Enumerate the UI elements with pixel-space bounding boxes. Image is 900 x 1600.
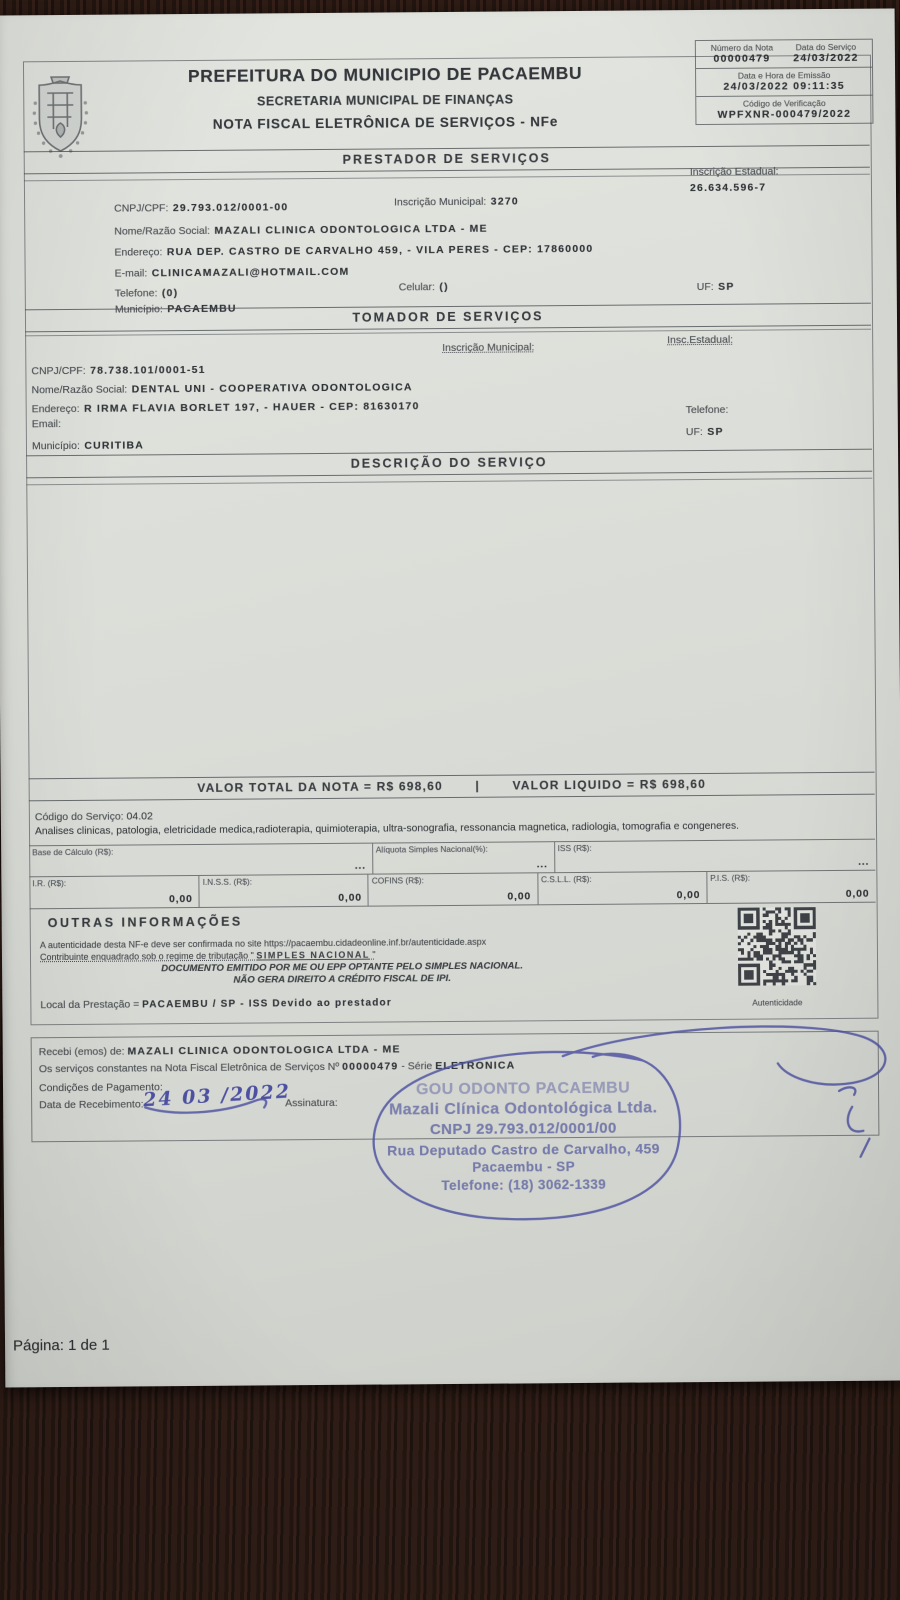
prestador-im-label: Inscrição Municipal: — [394, 196, 486, 209]
field-prestador-nome: Nome/Razão Social: MAZALI CLINICA ODONTO… — [114, 219, 488, 240]
info-row-numero-data: Número da Nota 00000479 Data do Serviço … — [696, 40, 872, 69]
photo-of-invoice: { "header": { "orgao": "PREFEITURA DO MU… — [0, 0, 900, 1600]
ir-value: 0,00 — [169, 893, 193, 905]
city-crest-logo — [31, 73, 90, 159]
cofins-value: 0,00 — [507, 890, 531, 902]
regime-destaque: SIMPLES NACIONAL — [256, 950, 370, 961]
prestador-uf-value: SP — [718, 281, 735, 293]
totais-separador: | — [475, 779, 480, 793]
verificacao-value: WPFXNR-000479/2022 — [700, 108, 868, 121]
prestador-cnpj-value: 29.793.012/0001-00 — [173, 201, 289, 214]
valor-total: VALOR TOTAL DA NOTA = R$ 698,60 — [197, 779, 443, 795]
csll-value: 0,00 — [677, 889, 701, 901]
aliquota-label: Alíquota Simples Nacional(%): — [376, 844, 488, 855]
prestador-endereco-value: RUA DEP. CASTRO DE CARVALHO 459, - VILA … — [167, 243, 594, 258]
invoice-content: PREFEITURA DO MUNICIPIO DE PACAEMBU SECR… — [0, 0, 900, 1600]
emissao-value: 24/03/2022 09:11:35 — [700, 80, 868, 93]
field-tomador-cnpj: CNPJ/CPF: 78.738.101/0001-51 — [31, 360, 205, 379]
cofins-label: COFINS (R$): — [372, 875, 424, 885]
info-numero: Número da Nota 00000479 — [700, 42, 784, 65]
prestador-celular-label: Celular: — [399, 281, 435, 293]
field-tomador-uf: UF: SP — [686, 422, 724, 440]
csll-label: C.S.L.L. (R$): — [541, 874, 592, 884]
tomador-endereco-value: R IRMA FLAVIA BORLET 197, - HAUER - CEP:… — [84, 400, 420, 415]
cell-cofins: COFINS (R$): 0,00 — [368, 873, 537, 905]
prestador-ie-label: Inscrição Estadual: — [690, 165, 779, 178]
page-title: PREFEITURA DO MUNICIPIO DE PACAEMBU — [105, 62, 665, 87]
field-prestador-uf: UF: SP — [697, 277, 735, 295]
page-number: Página: 1 de 1 — [13, 1337, 110, 1355]
prestador-email-label: E-mail: — [115, 267, 148, 279]
codigo-servico-value: 04.02 — [126, 810, 152, 822]
cell-csll: C.S.L.L. (R$): 0,00 — [537, 872, 706, 904]
field-prestador-insc-municipal: Inscrição Municipal: 3270 — [394, 191, 519, 210]
numero-nota-value: 00000479 — [700, 52, 784, 65]
prestador-nome-value: MAZALI CLINICA ODONTOLOGICA LTDA - ME — [214, 223, 487, 237]
tomador-municipio-label: Município: — [32, 440, 80, 452]
regime-prefixo: Contribuinte enquadrado sob o regime de … — [40, 951, 256, 963]
header-info-box: Número da Nota 00000479 Data do Serviço … — [695, 39, 874, 125]
tomador-nome-value: DENTAL UNI - COOPERATIVA ODONTOLOGICA — [132, 381, 413, 395]
prestador-uf-label: UF: — [697, 281, 714, 293]
qr-code — [738, 907, 817, 986]
tomador-email-label: Email: — [32, 418, 61, 430]
local-label: Local da Prestação = — [40, 998, 139, 1011]
field-tomador-municipio: Município: CURITIBA — [32, 435, 144, 454]
data-servico-label: Data do Serviço — [784, 42, 868, 53]
ir-label: I.R. (R$): — [32, 878, 66, 888]
tomador-municipio-value: CURITIBA — [84, 439, 144, 451]
prestador-telefone-value: (0) — [162, 287, 179, 299]
base-calculo-value: ... — [355, 860, 366, 872]
tomador-telefone-label: Telefone: — [686, 404, 729, 416]
local-value: PACAEMBU / SP - ISS Devido ao prestador — [142, 997, 392, 1010]
prestador-telefone-label: Telefone: — [115, 287, 158, 299]
field-tomador-endereco: Endereço: R IRMA FLAVIA BORLET 197, - HA… — [32, 396, 420, 417]
cell-base-calculo: Base de Cálculo (R$): ... — [29, 844, 372, 877]
tomador-endereco-label: Endereço: — [32, 403, 80, 415]
pen-scribble — [102, 1007, 894, 1243]
info-row-emissao: Data e Hora de Emissão 24/03/2022 09:11:… — [696, 68, 872, 97]
cell-inss: I.N.S.S. (R$): 0,00 — [199, 875, 368, 907]
base-calculo-label: Base de Cálculo (R$): — [32, 847, 113, 858]
prestador-endereco-label: Endereço: — [114, 246, 162, 258]
cell-pis: P.I.S. (R$): 0,00 — [706, 871, 875, 903]
pis-value: 0,00 — [846, 888, 870, 900]
field-prestador-celular: Celular: () — [399, 277, 449, 295]
pis-label: P.I.S. (R$): — [710, 873, 750, 883]
invoice-paper: PREFEITURA DO MUNICIPIO DE PACAEMBU SECR… — [0, 8, 900, 1387]
tomador-uf-value: SP — [707, 426, 724, 438]
field-tomador-nome: Nome/Razão Social: DENTAL UNI - COOPERAT… — [31, 377, 412, 398]
impostos-linha2: I.R. (R$): 0,00 I.N.S.S. (R$): 0,00 COFI… — [29, 871, 875, 910]
prestador-ie-value: 26.634.596-7 — [690, 182, 766, 195]
prestador-cnpj-label: CNPJ/CPF: — [114, 202, 168, 214]
info-data-servico: Data do Serviço 24/03/2022 — [784, 42, 868, 65]
valor-liquido: VALOR LIQUIDO = R$ 698,60 — [512, 777, 706, 793]
field-codigo-servico: Código do Serviço: 04.02 — [35, 810, 153, 823]
prestador-email-value: CLINICAMAZALI@HOTMAIL.COM — [152, 266, 350, 280]
tomador-nome-label: Nome/Razão Social: — [31, 384, 127, 397]
inss-label: I.N.S.S. (R$): — [203, 877, 252, 887]
tomador-cnpj-label: CNPJ/CPF: — [31, 365, 85, 377]
outras-titulo: OUTRAS INFORMAÇÕES — [48, 915, 243, 931]
data-servico-value: 24/03/2022 — [784, 52, 868, 65]
inss-value: 0,00 — [338, 892, 362, 904]
field-prestador-endereco: Endereço: RUA DEP. CASTRO DE CARVALHO 45… — [114, 239, 593, 261]
tomador-uf-label: UF: — [686, 426, 703, 438]
tomador-cnpj-value: 78.738.101/0001-51 — [90, 364, 206, 377]
numero-nota-label: Número da Nota — [700, 42, 784, 53]
iss-value: ... — [858, 856, 869, 868]
field-prestador-email: E-mail: CLINICAMAZALI@HOTMAIL.COM — [115, 262, 350, 282]
cell-ir: I.R. (R$): 0,00 — [29, 876, 198, 908]
regime-sufixo: " — [370, 950, 376, 960]
cell-aliquota: Alíquota Simples Nacional(%): ... — [372, 842, 554, 873]
prestador-celular-value: () — [439, 281, 449, 293]
info-row-verificacao: Código de Verificação WPFXNR-000479/2022 — [696, 96, 872, 124]
cell-iss: ISS (R$): ... — [554, 840, 876, 873]
codigo-servico-label: Código do Serviço: — [35, 811, 124, 824]
field-prestador-cnpj: CNPJ/CPF: 29.793.012/0001-00 — [114, 197, 288, 216]
tomador-im-label: Inscrição Municipal: — [442, 341, 534, 354]
aliquota-value: ... — [537, 858, 548, 870]
iss-label: ISS (R$): — [558, 843, 592, 853]
prestador-nome-label: Nome/Razão Social: — [114, 225, 210, 238]
tomador-ie-label: Insc.Estadual: — [667, 334, 733, 347]
prestador-im-value: 3270 — [491, 195, 519, 207]
